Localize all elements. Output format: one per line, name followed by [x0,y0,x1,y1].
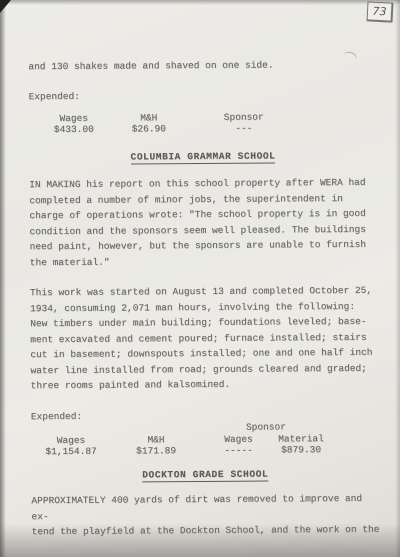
column-value: $1,154.87 [31,446,111,458]
expended-label-1: Expended: [29,86,377,104]
table2-col-sponsor-wages: Wages ----- [216,434,261,456]
sponsor-span-header: Sponsor [206,422,326,433]
column-header: M&H [126,434,186,445]
column-value: $26.90 [119,123,179,134]
columbia-paragraph-2: This work was started on August 13 and c… [30,283,379,394]
table1-col-mh: M&H $26.90 [119,112,179,134]
typed-content: and 130 shakes made and shaved on one si… [28,57,379,540]
scan-edge-right [395,0,400,557]
column-header: Wages [29,113,119,125]
intro-sentence: and 130 shakes made and shaved on one si… [28,57,376,75]
table1-col-wages: Wages $433.00 [29,113,119,136]
column-value: $879.30 [266,444,336,455]
scan-edge-top [0,0,400,5]
table2-col-sponsor-material: Material $879.30 [266,433,336,455]
expenditure-table-2: Sponsor Wages $1,154.87 M&H $171.89 Wage… [31,422,379,457]
table2-col-wages: Wages $1,154.87 [31,435,111,458]
section-heading-columbia: COLUMBIA GRAMMAR SCHOOL [29,149,377,164]
page-number-box: 73 [366,1,393,22]
column-header: Wages [216,434,261,445]
section-heading-text: DOCKTON GRADE SCHOOL [142,469,268,483]
column-value: $433.00 [29,124,119,136]
column-value: $171.89 [126,445,186,456]
section-heading-dockton: DOCKTON GRADE SCHOOL [31,467,379,482]
table2-col-mh: M&H $171.89 [126,434,186,456]
column-header: Sponsor [209,111,279,122]
page-number: 73 [372,5,387,19]
scan-edge-left [0,0,6,557]
column-header: Material [266,433,336,444]
column-header: M&H [119,112,179,123]
dockton-paragraph-1: APPROXIMATELY 400 yards of dirt was remo… [31,491,379,540]
expenditure-table-1: Wages $433.00 M&H $26.90 Sponsor --- [29,111,377,135]
table1-col-sponsor: Sponsor --- [209,111,279,133]
table2-row: Wages $1,154.87 M&H $171.89 Wages ----- … [31,433,379,457]
columbia-paragraph-1: IN MAKING his report on this school prop… [29,175,378,270]
column-value: ----- [216,445,261,456]
section-heading-text: COLUMBIA GRAMMAR SCHOOL [131,150,276,164]
scan-corner-artifact [0,0,11,13]
column-value: --- [209,122,279,133]
scanned-document-page: 73 and 130 shakes made and shaved on one… [0,0,400,557]
column-header: Wages [31,435,111,447]
